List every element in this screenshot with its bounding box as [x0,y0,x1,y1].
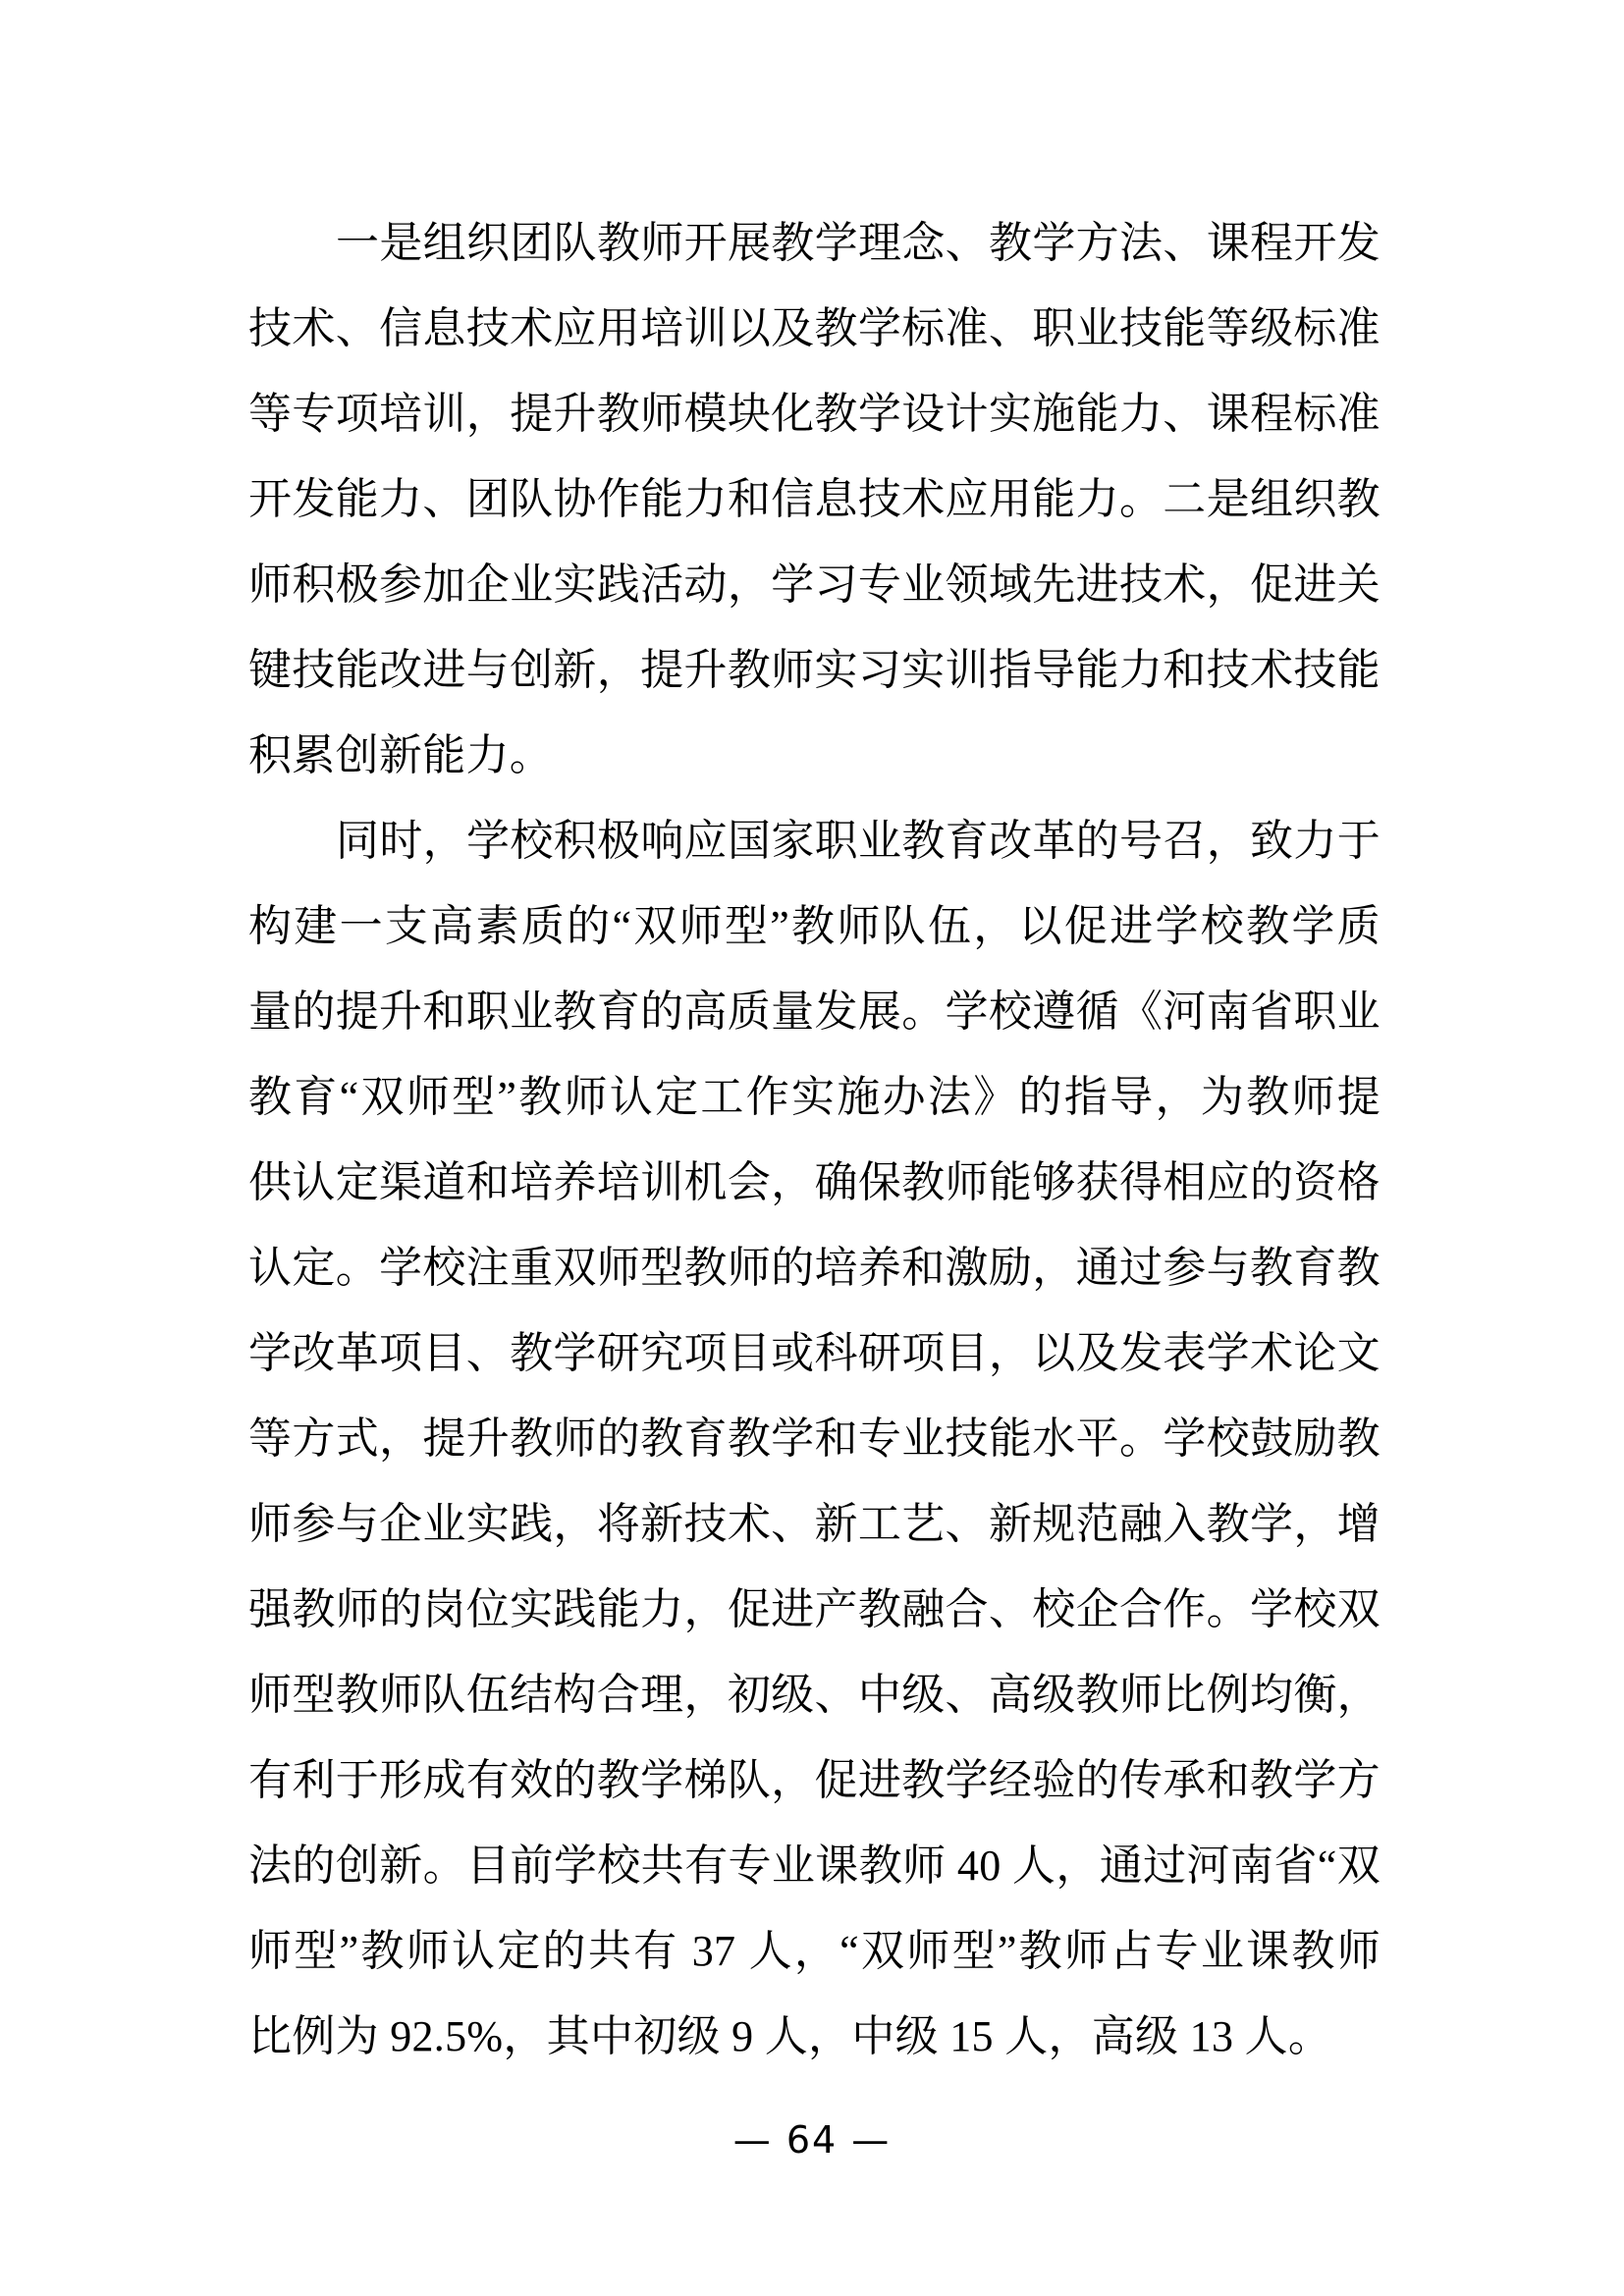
text-line: 师型”教师认定的共有 37 人，“双师型”教师占专业课教师 [248,1908,1380,1994]
text-line: 等专项培训，提升教师模块化教学设计实施能力、课程标准 [248,371,1380,456]
document-body: 一是组织团队教师开展教学理念、教学方法、课程开发技术、信息技术应用培训以及教学标… [248,200,1380,2079]
page-number: — 64 — [733,2118,892,2162]
text-line: 师型教师队伍结构合理，初级、中级、高级教师比例均衡， [248,1652,1380,1737]
text-line: 有利于形成有效的教学梯队，促进教学经验的传承和教学方 [248,1737,1380,1823]
text-line: 积累创新能力。 [248,713,1380,798]
paragraph-1: 一是组织团队教师开展教学理念、教学方法、课程开发技术、信息技术应用培训以及教学标… [248,200,1380,798]
text-line: 教育“双师型”教师认定工作实施办法》的指导，为教师提 [248,1054,1380,1140]
document-page: 一是组织团队教师开展教学理念、教学方法、课程开发技术、信息技术应用培训以及教学标… [0,0,1624,2296]
paragraph-2: 同时，学校积极响应国家职业教育改革的号召，致力于构建一支高素质的“双师型”教师队… [248,798,1380,2079]
text-line: 认定。学校注重双师型教师的培养和激励，通过参与教育教 [248,1225,1380,1310]
text-line: 法的创新。目前学校共有专业课教师 40 人，通过河南省“双 [248,1823,1380,1908]
text-line: 比例为 92.5%，其中初级 9 人，中级 15 人，高级 13 人。 [248,1994,1380,2079]
text-line: 量的提升和职业教育的高质量发展。学校遵循《河南省职业 [248,969,1380,1054]
text-line: 一是组织团队教师开展教学理念、教学方法、课程开发 [248,200,1380,286]
text-line: 技术、信息技术应用培训以及教学标准、职业技能等级标准 [248,286,1380,371]
text-line: 键技能改进与创新，提升教师实习实训指导能力和技术技能 [248,627,1380,713]
text-line: 学改革项目、教学研究项目或科研项目，以及发表学术论文 [248,1310,1380,1396]
text-line: 师积极参加企业实践活动，学习专业领域先进技术，促进关 [248,542,1380,627]
page-footer: — 64 — [0,2118,1624,2162]
text-line: 同时，学校积极响应国家职业教育改革的号召，致力于 [248,798,1380,883]
text-line: 师参与企业实践，将新技术、新工艺、新规范融入教学，增 [248,1481,1380,1567]
text-line: 强教师的岗位实践能力，促进产教融合、校企合作。学校双 [248,1567,1380,1652]
text-line: 等方式，提升教师的教育教学和专业技能水平。学校鼓励教 [248,1396,1380,1481]
text-line: 构建一支高素质的“双师型”教师队伍，以促进学校教学质 [248,883,1380,969]
text-line: 开发能力、团队协作能力和信息技术应用能力。二是组织教 [248,456,1380,542]
text-line: 供认定渠道和培养培训机会，确保教师能够获得相应的资格 [248,1140,1380,1225]
